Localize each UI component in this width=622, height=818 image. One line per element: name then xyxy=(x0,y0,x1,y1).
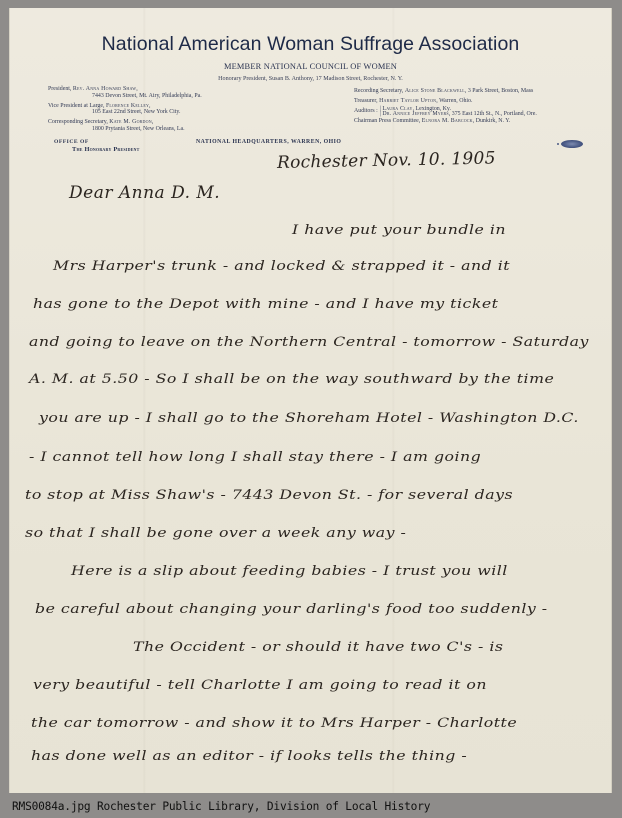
letter-page: National American Woman Suffrage Associa… xyxy=(9,8,612,793)
officer-address: , 3 Park Street, Boston, Mass xyxy=(465,88,533,94)
officer-president: President, Rev. Anna Howard Shaw, xyxy=(48,86,202,93)
auditors-label: Auditors : xyxy=(354,107,378,117)
auditor-address: , 375 East 12th St., N., Portland, Ore. xyxy=(449,111,537,117)
auditors-list: | Laura Clay, Lexington, Ky. | Dr. Annic… xyxy=(378,107,537,118)
officer-role: Chairman Press Committee, xyxy=(354,118,422,124)
letter-line: to stop at Miss Shaw's - 7443 Devon St. … xyxy=(25,487,513,502)
office-of-block: OFFICE OF The Honorary President xyxy=(54,139,140,154)
officer-recording-secretary: Recording Secretary, Alice Stone Blackwe… xyxy=(354,87,537,97)
office-of-title: The Honorary President xyxy=(54,146,140,153)
officer-role: Corresponding Secretary, xyxy=(48,119,109,125)
honorary-president-line: Honorary President, Susan B. Anthony, 17… xyxy=(9,76,612,82)
organization-subtitle: MEMBER NATIONAL COUNCIL OF WOMEN xyxy=(9,62,612,71)
officer-address: 105 East 22nd Street, New York City. xyxy=(48,109,202,116)
letter-line: A. M. at 5.50 - So I shall be on the way… xyxy=(29,371,554,386)
officer-address: , Dunkirk, N. Y. xyxy=(473,118,510,124)
officer-press-committee: Chairman Press Committee, Elnora M. Babc… xyxy=(354,117,537,127)
officer-name: Florence Kelley, xyxy=(106,103,151,109)
organization-title: National American Woman Suffrage Associa… xyxy=(9,33,612,56)
letter-place-date: Rochester Nov. 10. 1905 xyxy=(277,148,496,173)
officer-auditors: Auditors : | Laura Clay, Lexington, Ky. … xyxy=(354,107,537,118)
union-label-icon xyxy=(557,139,585,148)
officer-name: Kate M. Gordon, xyxy=(109,119,153,125)
letter-line: you are up - I shall go to the Shoreham … xyxy=(39,410,579,425)
letter-line: very beautiful - tell Charlotte I am goi… xyxy=(33,677,487,692)
auditor-name: Dr. Annice Jeffrey Myers xyxy=(382,111,448,117)
officer-address: , Warren, Ohio. xyxy=(436,98,472,104)
officer-address: 1800 Prytania Street, New Orleans, La. xyxy=(48,126,202,133)
officer-name: Alice Stone Blackwell xyxy=(405,88,465,94)
officer-role: President, xyxy=(48,86,73,92)
officer-vice-president: Vice President at Large, Florence Kelley… xyxy=(48,103,202,110)
letter-line: Mrs Harper's trunk - and locked & strapp… xyxy=(53,258,510,273)
officer-role: Treasurer, xyxy=(354,98,379,104)
officer-name: Rev. Anna Howard Shaw, xyxy=(73,86,138,92)
image-caption: RMS0084a.jpg Rochester Public Library, D… xyxy=(12,800,430,813)
letter-line: I have put your bundle in xyxy=(292,222,506,237)
officer-name: Harriet Taylor Upton xyxy=(379,98,436,104)
officer-address: 7443 Devon Street, Mt. Airy, Philadelphi… xyxy=(48,93,202,100)
officer-role: Recording Secretary, xyxy=(354,88,405,94)
headquarters-line: NATIONAL HEADQUARTERS, WARREN, OHIO xyxy=(196,139,341,145)
office-of-label: OFFICE OF xyxy=(54,139,140,146)
letter-salutation: Dear Anna D. M. xyxy=(69,183,220,203)
letter-line: - I cannot tell how long I shall stay th… xyxy=(29,449,481,464)
letter-line: and going to leave on the Northern Centr… xyxy=(29,334,589,349)
letter-line: the car tomorrow - and show it to Mrs Ha… xyxy=(31,715,517,730)
officer-role: Vice President at Large, xyxy=(48,103,106,109)
letter-line: be careful about changing your darling's… xyxy=(35,601,548,616)
officers-left-column: President, Rev. Anna Howard Shaw, 7443 D… xyxy=(48,86,202,133)
officers-right-column: Recording Secretary, Alice Stone Blackwe… xyxy=(354,87,537,127)
letter-line: has gone to the Depot with mine - and I … xyxy=(33,296,499,311)
letter-line: The Occident - or should it have two C's… xyxy=(133,639,503,654)
officer-name: Elnora M. Babcock xyxy=(422,118,473,124)
letter-line: Here is a slip about feeding babies - I … xyxy=(71,563,508,578)
officer-corresponding-secretary: Corresponding Secretary, Kate M. Gordon, xyxy=(48,119,202,126)
letter-line: so that I shall be gone over a week any … xyxy=(25,525,406,540)
letter-line: has done well as an editor - if looks te… xyxy=(31,748,467,763)
